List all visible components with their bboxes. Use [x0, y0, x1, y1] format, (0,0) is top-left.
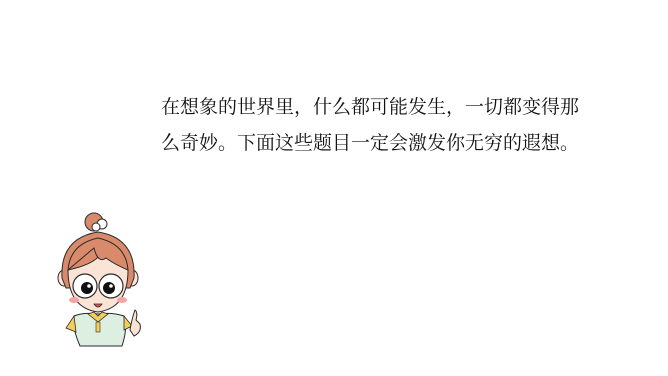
cartoon-girl-illustration — [52, 208, 147, 348]
intro-paragraph: 在想象的世界里，什么都可能发生，一切都变得那么奇妙。下面这些题目一定会激发你无穷… — [161, 90, 583, 161]
girl-icon — [52, 208, 147, 348]
